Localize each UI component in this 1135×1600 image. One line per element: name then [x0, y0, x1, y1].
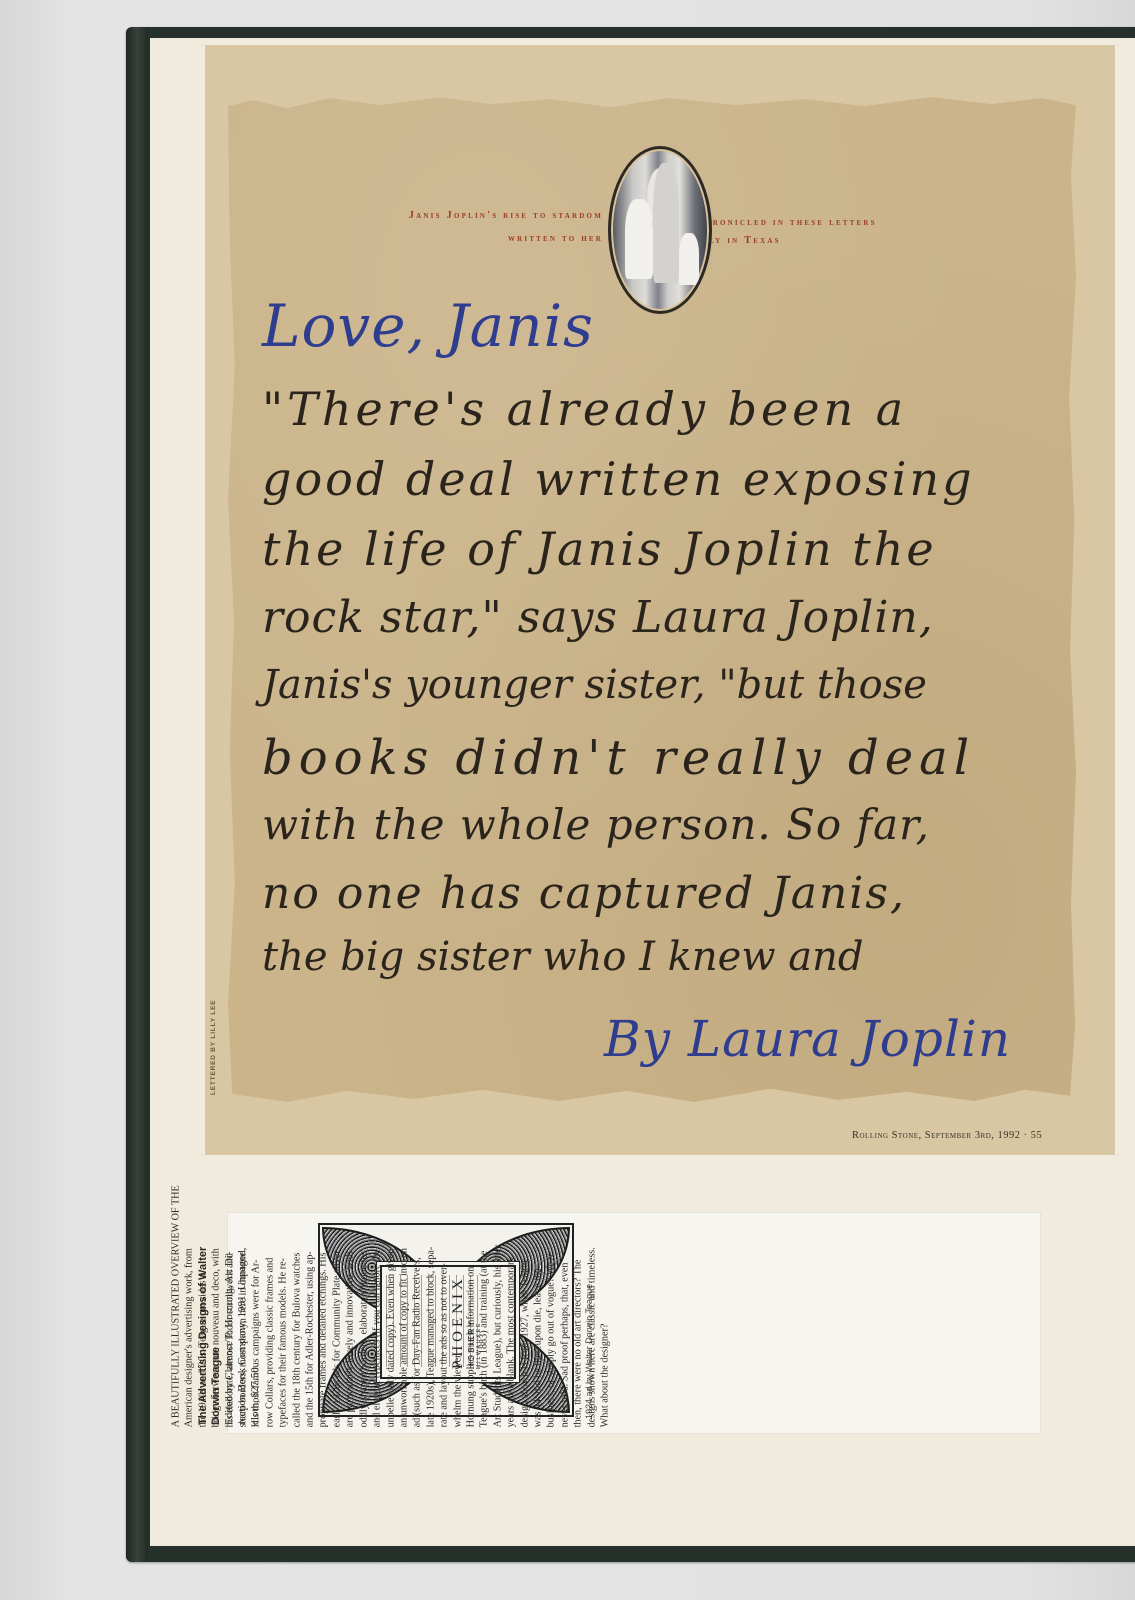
review-body-line: never told. Sad proof perhaps, that, eve… — [558, 1185, 571, 1427]
page-folio: Rolling Stone, September 3rd, 1992 · 55 — [852, 1130, 1042, 1141]
review-body-line: was 44: did he thereupon die, leave the — [532, 1185, 545, 1427]
quote-line-7: with the whole person. So far, — [262, 800, 930, 849]
photo-figure-girl-right — [679, 233, 699, 285]
review-body-line: oddly-shaped borders, elaborate silhouet… — [357, 1185, 370, 1427]
review-body-line: propriate frames and detailed etchings. … — [317, 1185, 330, 1427]
review-body-line: are particularly lovely and innovative, … — [344, 1185, 357, 1427]
review-body: A BEAUTIFULLY ILLUSTRATED OVERVIEW OF TH… — [170, 1185, 612, 1427]
binder-spine — [126, 27, 148, 1562]
review-body-line: bridge between arts nouveau and deco, wi… — [210, 1185, 223, 1427]
review-body-line: designs shown here are classic and timel… — [585, 1185, 598, 1427]
review-body-line: design shown is from 1927, when Teague — [518, 1185, 531, 1427]
review-body-line: years are a blank. The most contemporary — [505, 1185, 518, 1427]
review-body-line: an unworkable amount of copy to fit into… — [398, 1185, 411, 1427]
photo-figure-woman — [653, 163, 679, 283]
book-review-clipping: The Advertising Designs of Walter Dorwin… — [228, 1213, 1040, 1433]
quote-line-4: rock star," says Laura Joplin, — [262, 592, 934, 643]
family-photo — [608, 146, 712, 314]
review-body-line: the 1910s and '20s. Teague provides a — [196, 1185, 209, 1427]
quote-line-6: books didn't really deal — [262, 730, 975, 786]
review-body-line: and the 15th for Adler-Rochester, using … — [304, 1185, 317, 1427]
review-body-line: A BEAUTIFULLY ILLUSTRATED OVERVIEW OF TH… — [170, 1185, 183, 1427]
review-body-line: early 1920s ads for Community Plate silv… — [330, 1185, 343, 1427]
review-body-line: Teague's birth (in 1883) and training (a… — [478, 1185, 491, 1427]
quote-line-5: Janis's younger sister, "but those — [262, 662, 927, 708]
review-body-line: What about the designer? — [599, 1185, 612, 1427]
review-body-line: rate and layout the ads so as not to ove… — [438, 1185, 451, 1427]
review-body-line: unbelievably dated copy). Even when give… — [384, 1185, 397, 1427]
review-body-line: called the 18th century for Bulova watch… — [290, 1185, 303, 1427]
review-body-line: and elegant typefaces (if you can ignore… — [371, 1185, 384, 1427]
review-body-line: sharp borders, most shown here in duoton… — [237, 1185, 250, 1427]
photo-figure-girl-left — [625, 199, 653, 279]
headline: Love, Janis — [262, 292, 594, 360]
review-body-line: ad (such as for Day-Fan Radio Receivers, — [411, 1185, 424, 1427]
review-body-line: whelm the viewer. — [451, 1185, 464, 1427]
subtitle-left-line1: Janis Joplin's rise to stardom — [409, 210, 603, 221]
review-body-line: business, or simply go out of vogue? We'… — [545, 1185, 558, 1427]
quote-line-8: no one has captured Janis, — [262, 868, 906, 919]
review-body-line: typefaces for their famous models. He re… — [277, 1185, 290, 1427]
review-body-line: American designer's advertising work, fr… — [183, 1185, 196, 1427]
review-body-line: Hornung supplies much information on — [465, 1185, 478, 1427]
review-body-line: late 1920s), Teague managed to block, se… — [424, 1185, 437, 1427]
subtitle-left-line2: written to her — [508, 233, 603, 244]
quote-line-1: "There's already been a — [262, 382, 907, 436]
byline: By Laura Joplin — [604, 1010, 1011, 1068]
quote-line-9: the big sister who I knew and — [262, 934, 864, 980]
review-body-line: then, there were no old art directors? T… — [572, 1185, 585, 1427]
lettering-credit: LETTERED BY LILLY LEE — [210, 1000, 217, 1095]
quote-line-3: the life of Janis Joplin the — [262, 522, 937, 576]
review-body-line: row Collars, providing classic frames an… — [263, 1185, 276, 1427]
quote-line-2: good deal written exposing — [262, 452, 975, 506]
review-body-line: Art Students League), but curiously, his… — [491, 1185, 504, 1427]
review-body-line: His most famous campaigns were for Ar- — [250, 1185, 263, 1427]
review-body-line: his elaborate, almost Tudor scrollwork a… — [223, 1185, 236, 1427]
